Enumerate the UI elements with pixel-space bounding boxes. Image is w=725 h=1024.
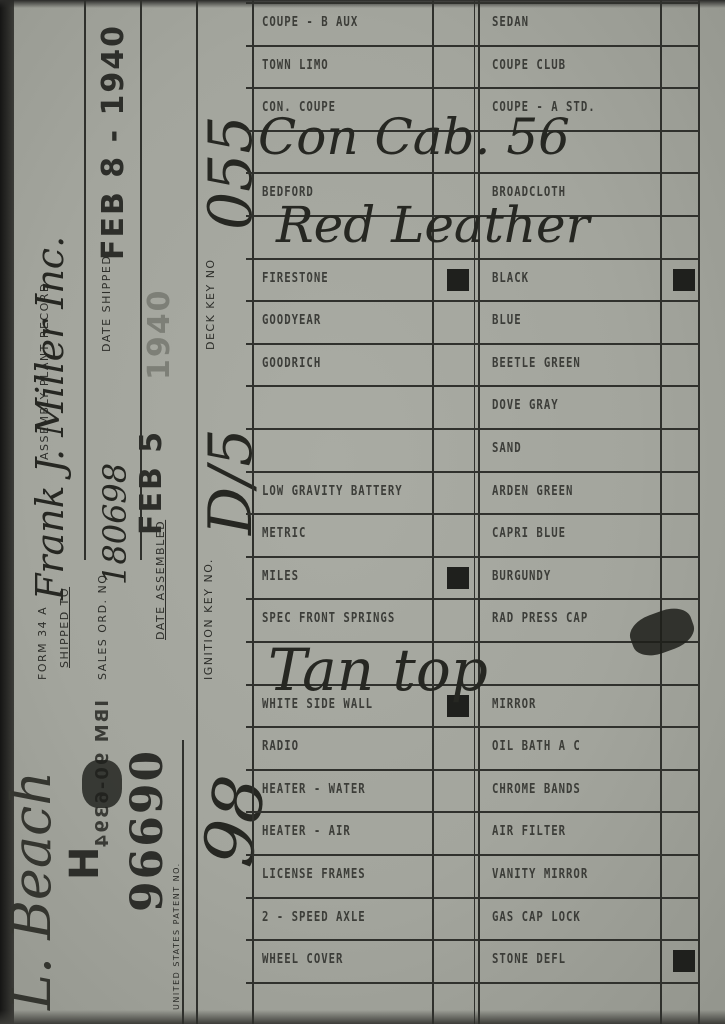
date-assembled-year: 1940 [142,289,177,381]
check-mark-icon [447,567,469,589]
option-checkbox-left[interactable] [435,303,473,342]
option-checkbox-left[interactable] [435,346,473,385]
option-label-right: STONE DEFL [492,952,566,967]
option-label-left: LICENSE FRAMES [262,867,366,882]
grid-row-rule [246,513,700,515]
serial-prefix: H [62,845,108,880]
option-checkbox-right[interactable] [663,772,697,811]
option-label-left: 2 - SPEED AXLE [262,910,366,925]
handwritten-top: Tan top [268,636,488,704]
option-checkbox-left[interactable] [435,474,473,513]
grid-row-rule [246,87,700,89]
option-label-right: SEDAN [492,15,529,30]
option-checkbox-left[interactable] [435,772,473,811]
grid-row-rule [246,471,700,473]
left-rule-4 [182,740,184,1024]
option-checkbox-left[interactable] [435,729,473,768]
option-label-left: WHEEL COVER [262,952,343,967]
option-checkbox-right[interactable] [663,218,697,257]
handwritten-upholstery: Red Leather [276,196,590,254]
grid-row-rule [246,45,700,47]
serial-number: 96690 [122,749,173,912]
deck-key-label: DECK KEY NO [204,258,217,350]
option-label-left: METRIC [262,526,306,541]
option-label-right: RAD PRESS CAP [492,611,588,626]
grid-row-rule [246,982,700,984]
deck-key-value-2: D/5 [196,429,266,536]
grid-row-rule [246,2,700,4]
option-checkbox-right[interactable] [663,5,697,44]
grid-row-rule [246,556,700,558]
grid-row-rule [246,811,700,813]
option-label-right: COUPE CLUB [492,58,566,73]
option-checkbox-right[interactable] [663,942,697,981]
option-checkbox-left[interactable] [435,388,473,427]
grid-row-rule [246,769,700,771]
grid-row-rule [246,428,700,430]
option-checkbox-left[interactable] [435,5,473,44]
option-label-right: AIR FILTER [492,824,566,839]
option-label-left: FIRESTONE [262,271,329,286]
date-shipped-label: DATE SHIPPED [100,255,113,352]
option-label-right: CAPRI BLUE [492,526,566,541]
option-checkbox-left[interactable] [435,516,473,555]
option-label-right: GAS CAP LOCK [492,910,581,925]
option-checkbox-right[interactable] [663,474,697,513]
option-label-left: TOWN LIMO [262,58,329,73]
handwritten-body-style: Con Cab. 56 [258,108,570,166]
option-checkbox-right[interactable] [663,431,697,470]
option-checkbox-right[interactable] [663,303,697,342]
card-shadow-bottom [0,1010,725,1024]
date-assembled-value: FEB 5 [134,430,169,535]
option-checkbox-right[interactable] [663,48,697,87]
form-number-label: FORM 34 A [36,606,49,680]
option-label-right: BLACK [492,271,529,286]
option-checkbox-right[interactable] [663,857,697,896]
option-checkbox-right[interactable] [663,559,697,598]
option-label-left: MILES [262,569,299,584]
option-label-right: BLUE [492,313,522,328]
grid-row-rule [246,343,700,345]
grid-row-rule [246,300,700,302]
option-checkbox-right[interactable] [663,346,697,385]
signature: L. Beach [0,771,63,1010]
option-checkbox-left[interactable] [435,431,473,470]
option-checkbox-right[interactable] [663,261,697,300]
sales-ord-value: 180698 [96,463,134,585]
grid-row-rule [246,172,700,174]
option-label-right: OIL BATH A C [492,739,581,754]
option-label-right: VANITY MIRROR [492,867,588,882]
patent-fine-print: UNITED STATES PATENT NO. [172,862,181,1010]
option-label-left: GOODRICH [262,356,321,371]
option-checkbox-left[interactable] [435,559,473,598]
option-checkbox-right[interactable] [663,900,697,939]
option-label-right: ARDEN GREEN [492,484,573,499]
option-label-right: CHROME BANDS [492,782,581,797]
option-label-left: HEATER - WATER [262,782,366,797]
check-mark-icon [673,950,695,972]
grid-row-rule [246,598,700,600]
option-checkbox-left[interactable] [435,601,473,640]
option-checkbox-left[interactable] [435,48,473,87]
option-checkbox-left[interactable] [435,261,473,300]
option-label-right: DOVE GRAY [492,398,559,413]
option-checkbox-left[interactable] [435,814,473,853]
grid-row-rule [246,385,700,387]
option-checkbox-right[interactable] [663,175,697,214]
option-label-left: RADIO [262,739,299,754]
ink-smudge-left [82,760,122,808]
grid-row-rule [246,258,700,260]
option-label-right: BURGUNDY [492,569,551,584]
ignition-key-label: IGNITION KEY NO. [202,558,215,680]
option-label-right: MIRROR [492,697,536,712]
option-label-left: HEATER - AIR [262,824,351,839]
option-checkbox-right[interactable] [663,388,697,427]
check-mark-icon [447,269,469,291]
option-checkbox-right[interactable] [663,814,697,853]
option-label-left: SPEC FRONT SPRINGS [262,611,395,626]
option-checkbox-right[interactable] [663,516,697,555]
left-rule-1 [84,0,86,560]
option-label-left: LOW GRAVITY BATTERY [262,484,403,499]
grid-row-rule [246,726,700,728]
shipped-to-value: Frank J. Miller Inc. [28,236,72,600]
grid-row-rule [246,897,700,899]
option-checkbox-right[interactable] [663,729,697,768]
date-shipped-value: FEB 8 - 1940 [96,24,131,260]
option-label-left: GOODYEAR [262,313,321,328]
option-checkbox-right[interactable] [663,90,697,129]
option-checkbox-right[interactable] [663,687,697,726]
option-label-left: COUPE - B AUX [262,15,358,30]
check-mark-icon [673,269,695,291]
option-checkbox-left[interactable] [435,942,473,981]
date-assembled-label: DATE ASSEMBLED [154,520,167,640]
grid-column-rule [698,0,700,1024]
option-label-right: SAND [492,441,522,456]
grid-column-rule [660,0,662,1024]
option-checkbox-right[interactable] [663,133,697,172]
sales-ord-label: SALES ORD. NO [96,574,109,680]
option-checkbox-left[interactable] [435,857,473,896]
grid-row-rule [246,854,700,856]
option-label-right: BEETLE GREEN [492,356,581,371]
grid-row-rule [246,939,700,941]
option-checkbox-left[interactable] [435,900,473,939]
grid-column-rule [252,0,254,1024]
